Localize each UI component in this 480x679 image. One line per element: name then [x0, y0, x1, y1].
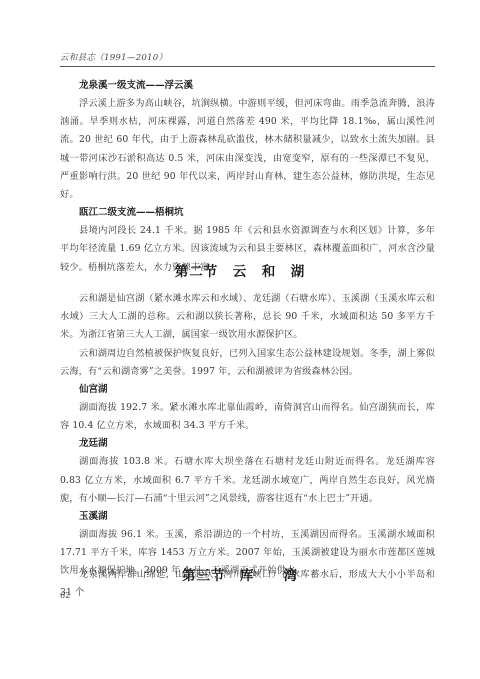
section-yunhe-lake: 云和湖是仙宫湖（紧水滩水库云和水域）、龙廷湖（石塘水库）、玉溪湖（玉溪水库云和水…: [60, 290, 435, 581]
subheading-longting-lake: 龙廷湖: [60, 435, 435, 453]
subheading-fuyunxi: 龙泉溪一级支流——浮云溪: [60, 77, 435, 95]
subheading-yuxi-lake: 玉溪湖: [60, 508, 435, 526]
paragraph-reservoir-bays-intro: 龙泉溪两岸群山绵延，山峦起伏，河川（峡口）在水库蓄水后，形成大大小小半岛和 31…: [60, 566, 435, 602]
paragraph-yunhe-intro: 云和湖是仙宫湖（紧水滩水库云和水域）、龙廷湖（石塘水库）、玉溪湖（玉溪水库云和水…: [60, 290, 435, 345]
document-page: 云和县志（1991—2010） 龙泉溪一级支流——浮云溪 浮云溪上游多为高山峡谷…: [0, 0, 480, 679]
page-number: 62: [60, 591, 70, 600]
paragraph-longting-lake: 湖面海拔 103.8 米。石塘水库大坝坐落在石塘村龙廷山附近而得名。龙廷湖库容 …: [60, 453, 435, 508]
paragraph-fuyunxi: 浮云溪上游多为高山峡谷，坑涧纵横。中游则平缓，但河床弯曲。雨季急流奔腾，浪涛汹涌…: [60, 95, 435, 204]
header-rule: [60, 66, 435, 67]
subheading-xiangong-lake: 仙宫湖: [60, 381, 435, 399]
subheading-wutongkeng: 瓯江二级支流——梧桐坑: [60, 204, 435, 222]
rivers-continued: 龙泉溪一级支流——浮云溪 浮云溪上游多为高山峡谷，坑涧纵横。中游则平缓，但河床弯…: [60, 77, 435, 277]
section3-text-wrapper: 龙泉溪两岸群山绵延，山峦起伏，河川（峡口）在水库蓄水后，形成大大小小半岛和 31…: [60, 566, 435, 602]
running-header: 云和县志（1991—2010）: [60, 51, 167, 63]
section-title-yunhe-lake: 第二节 云 和 湖: [0, 260, 480, 280]
paragraph-xiangong-lake: 湖面海拔 192.7 米。紧水滩水库北靠仙霞岭，南倚洞宫山而得名。仙宫湖狭而长，…: [60, 399, 435, 435]
paragraph-yunhe-ecology: 云和湖周边自然植被保护恢复良好，已列入国家生态公益林建设规划。冬季，湖上雾似云海…: [60, 345, 435, 381]
